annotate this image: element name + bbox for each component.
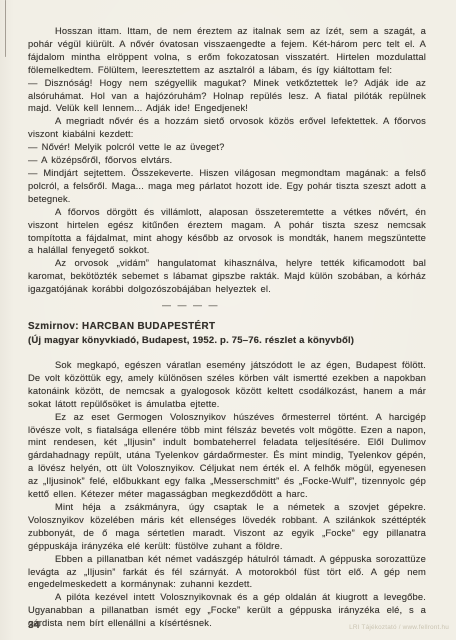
scan-edge-artifact [5, 0, 6, 57]
paragraph: Az orvosok „vidám” hangulatomat kihaszná… [28, 257, 426, 296]
paragraph: Mint héja a zsákmányra, úgy csaptak le a… [28, 501, 426, 553]
paragraph: Sok megkapó, egészen váratlan esemény já… [28, 359, 426, 411]
paragraph: Hosszan ittam. Ittam, de nem éreztem az … [28, 25, 426, 77]
section-divider: — — — — [162, 300, 426, 310]
dialog-line: — A középsőről, főorvos elvtárs. [28, 154, 426, 167]
paragraph: A főorvos dörgött és villámlott, alaposa… [28, 206, 426, 258]
scan-smudge [288, 516, 314, 526]
scanned-book-page: Hosszan ittam. Ittam, de nem éreztem az … [0, 0, 456, 640]
excerpt-2: Sok megkapó, egészen váratlan esemény já… [28, 359, 426, 630]
watermark-text: LRI Tájékoztató / www.fellront.hu [349, 624, 449, 631]
dialog-line: — Nővér! Melyik polcról vette le az üveg… [28, 141, 426, 154]
source-title: Szmirnov: HARCBAN BUDAPESTÉRT [28, 320, 426, 334]
page-number: 34 [28, 619, 40, 631]
dialog-line: — Mindjárt sejtettem. Összekeverte. Hisz… [28, 167, 426, 206]
source-publication: (Új magyar könyvkiadó, Budapest, 1952. p… [28, 334, 426, 348]
source-citation: Szmirnov: HARCBAN BUDAPESTÉRT (Új magyar… [28, 320, 426, 348]
paragraph: Ez az eset Germogen Volosznyikov húszéve… [28, 411, 426, 501]
paragraph: A megriadt nővér és a hozzám siető orvos… [28, 115, 426, 141]
scan-smudge [386, 268, 404, 276]
excerpt-1: Hosszan ittam. Ittam, de nem éreztem az … [28, 25, 426, 296]
paragraph: Ebben a pillanatban két német vadászgép … [28, 553, 426, 592]
dialog-line: — Disznóság! Hogy nem szégyellik magukat… [28, 77, 426, 116]
